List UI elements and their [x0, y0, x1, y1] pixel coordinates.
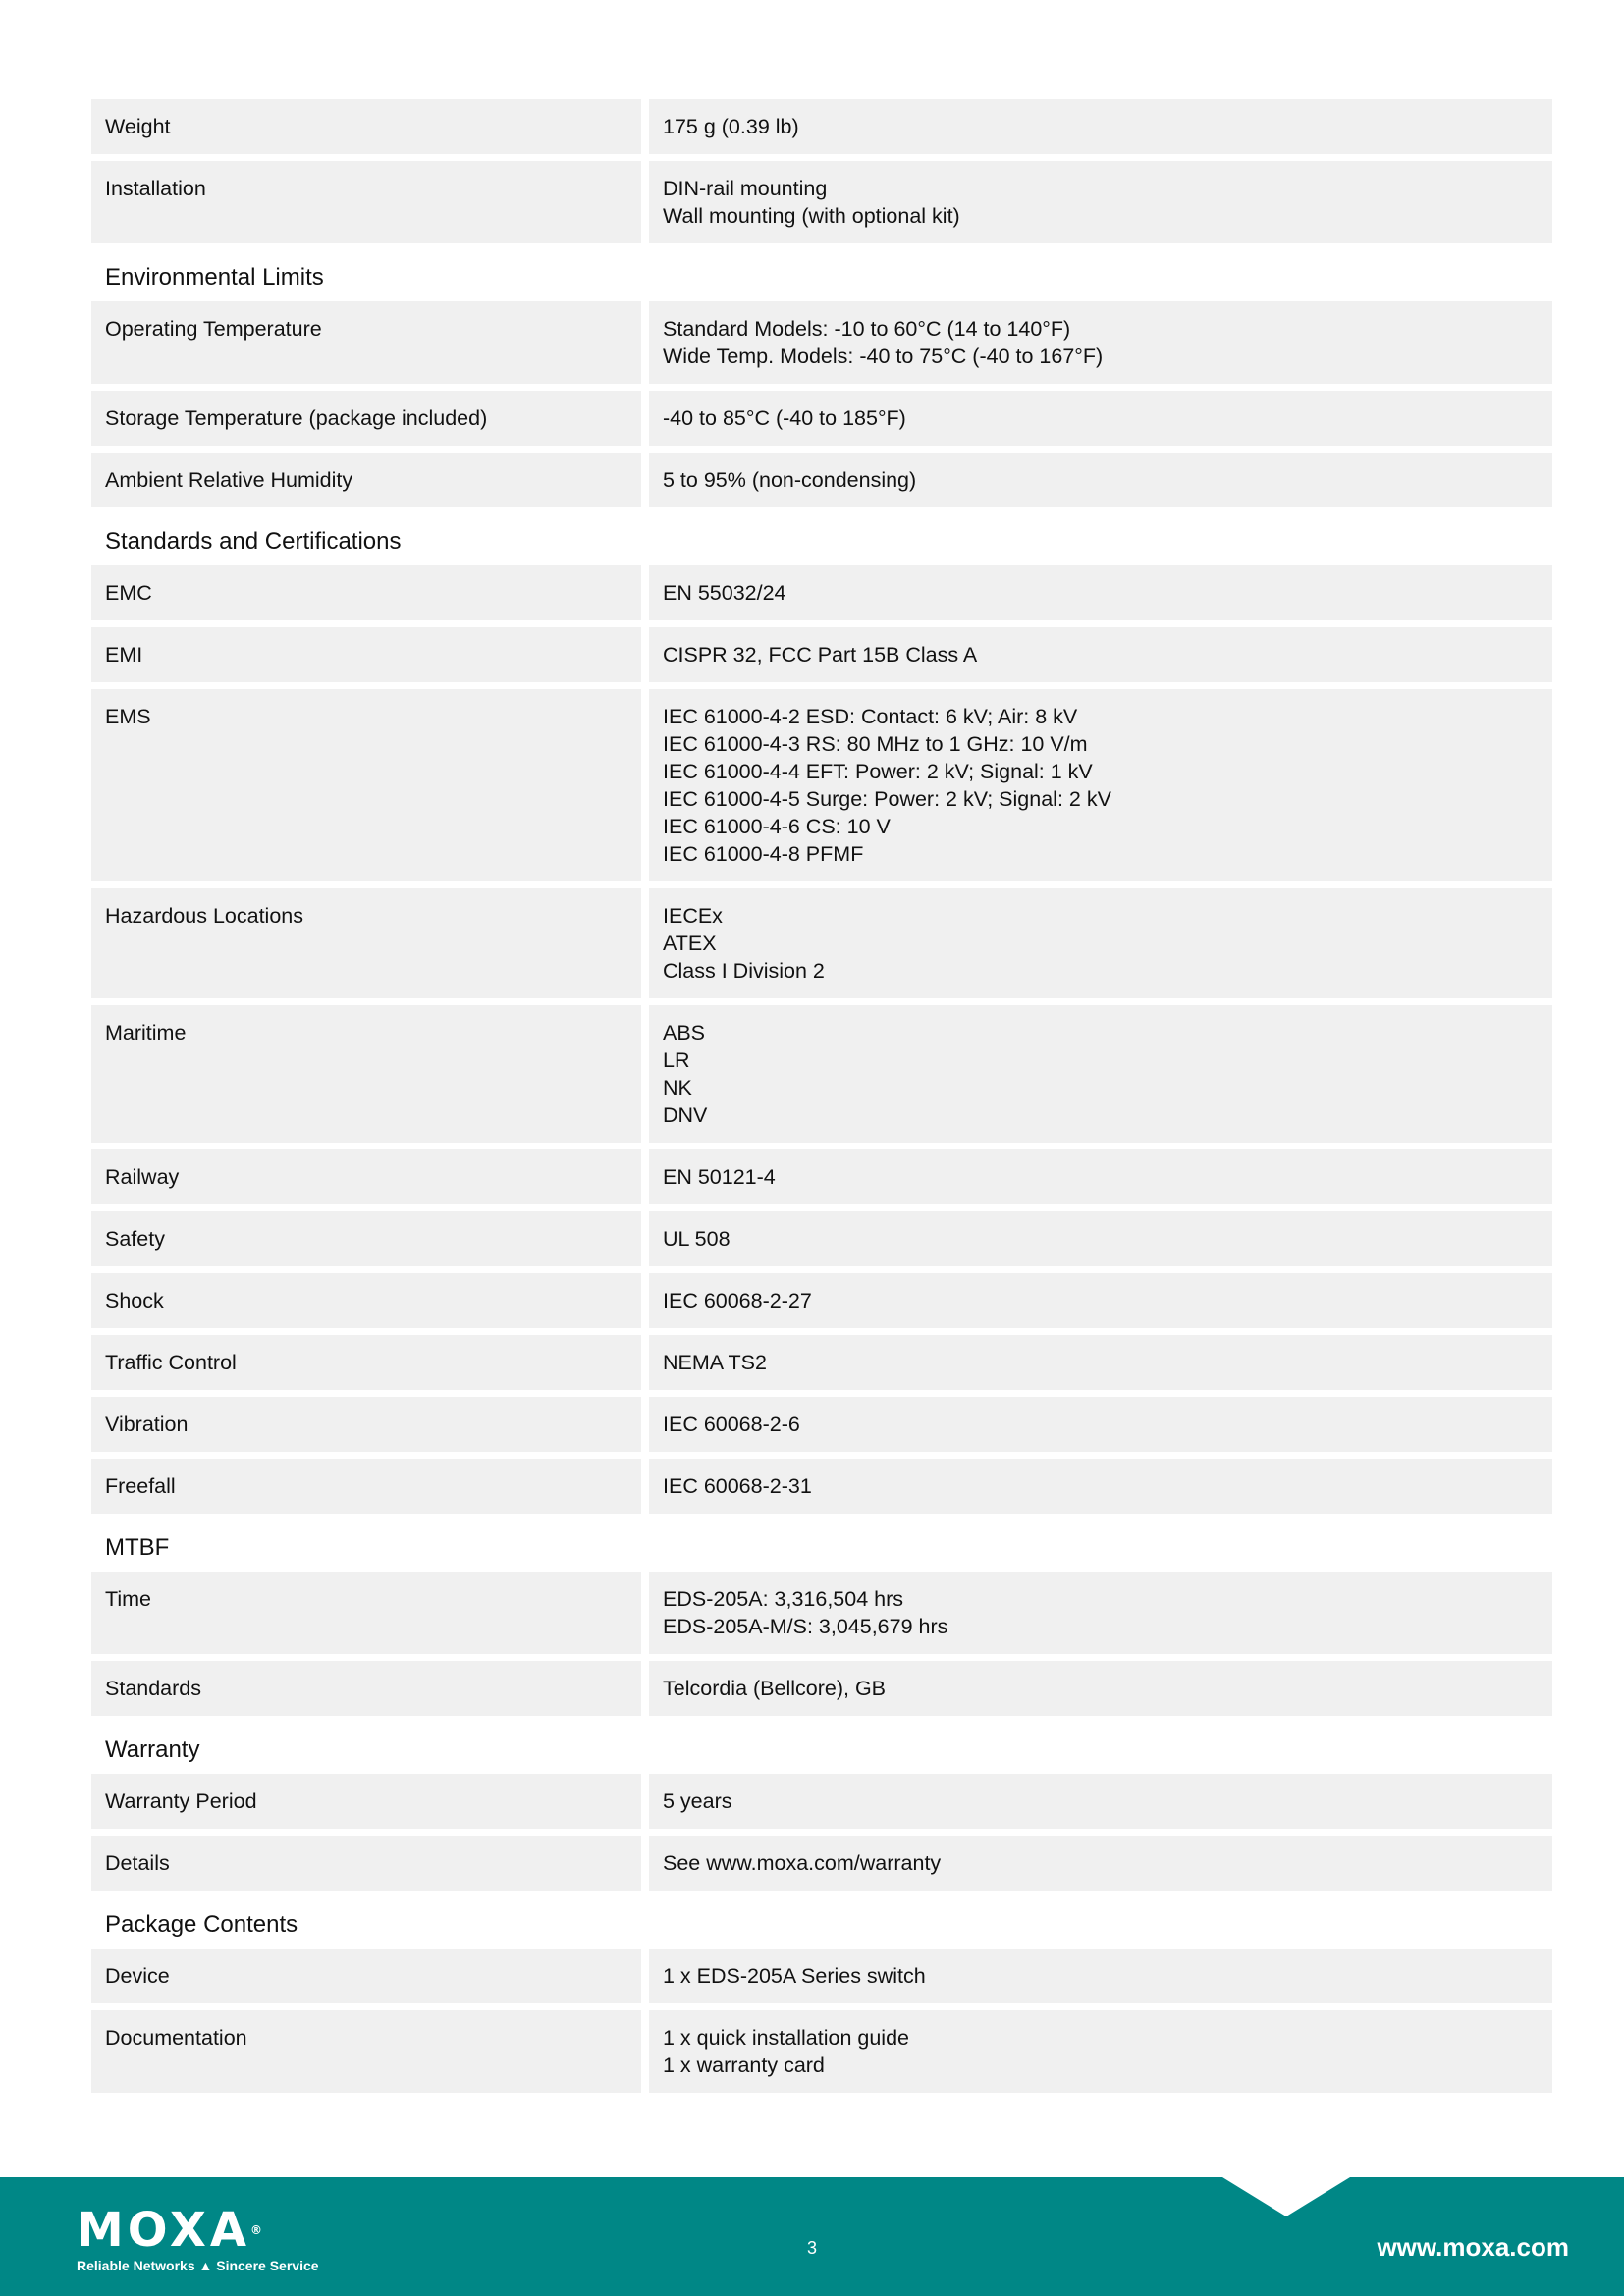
spec-value: UL 508 — [649, 1211, 1552, 1266]
spec-value-line: NK — [663, 1074, 1539, 1101]
spec-value: 1 x quick installation guide1 x warranty… — [649, 2010, 1552, 2093]
spec-row: EMSIEC 61000-4-2 ESD: Contact: 6 kV; Air… — [91, 689, 1552, 881]
spec-row: Documentation1 x quick installation guid… — [91, 2010, 1552, 2093]
spec-row: DetailsSee www.moxa.com/warranty — [91, 1836, 1552, 1891]
spec-value-line: LR — [663, 1046, 1539, 1074]
spec-label: Railway — [91, 1149, 641, 1204]
spec-value: -40 to 85°C (-40 to 185°F) — [649, 391, 1552, 446]
spec-label: Details — [91, 1836, 641, 1891]
spec-value-line: Wall mounting (with optional kit) — [663, 202, 1539, 230]
spec-value-line: Wide Temp. Models: -40 to 75°C (-40 to 1… — [663, 343, 1539, 370]
spec-row: FreefallIEC 60068-2-31 — [91, 1459, 1552, 1514]
spec-row: StandardsTelcordia (Bellcore), GB — [91, 1661, 1552, 1716]
spec-row: RailwayEN 50121-4 — [91, 1149, 1552, 1204]
spec-row: SafetyUL 508 — [91, 1211, 1552, 1266]
spec-row: EMCEN 55032/24 — [91, 565, 1552, 620]
spec-value-line: IECEx — [663, 902, 1539, 930]
spec-value-line: EN 50121-4 — [663, 1163, 1539, 1191]
spec-value: EN 50121-4 — [649, 1149, 1552, 1204]
spec-value-line: EDS-205A: 3,316,504 hrs — [663, 1585, 1539, 1613]
spec-value-line: 175 g (0.39 lb) — [663, 113, 1539, 140]
spec-label: Storage Temperature (package included) — [91, 391, 641, 446]
spec-value-line: ABS — [663, 1019, 1539, 1046]
spec-row: Weight175 g (0.39 lb) — [91, 99, 1552, 154]
spec-value-line: 1 x EDS-205A Series switch — [663, 1962, 1539, 1990]
spec-value: IEC 60068-2-27 — [649, 1273, 1552, 1328]
spec-value: See www.moxa.com/warranty — [649, 1836, 1552, 1891]
spec-value-line: UL 508 — [663, 1225, 1539, 1253]
logo-wordmark: MOXA® — [77, 2209, 319, 2252]
page-number: 3 — [807, 2238, 817, 2259]
spec-value-line: ATEX — [663, 930, 1539, 957]
spec-value: ABSLRNKDNV — [649, 1005, 1552, 1143]
spec-value: IECExATEXClass I Division 2 — [649, 888, 1552, 998]
spec-label: Documentation — [91, 2010, 641, 2093]
spec-label: Device — [91, 1949, 641, 2003]
spec-value: 5 years — [649, 1774, 1552, 1829]
spec-row: Warranty Period5 years — [91, 1774, 1552, 1829]
spec-row: InstallationDIN-rail mountingWall mounti… — [91, 161, 1552, 243]
spec-value: 5 to 95% (non-condensing) — [649, 453, 1552, 507]
section-title: MTBF — [91, 1521, 1552, 1572]
spec-label: Operating Temperature — [91, 301, 641, 384]
spec-value-line: NEMA TS2 — [663, 1349, 1539, 1376]
spec-value: IEC 60068-2-31 — [649, 1459, 1552, 1514]
section-title: Warranty — [91, 1723, 1552, 1774]
website-link[interactable]: www.moxa.com — [1377, 2232, 1569, 2263]
spec-label: Weight — [91, 99, 641, 154]
spec-row: EMICISPR 32, FCC Part 15B Class A — [91, 627, 1552, 682]
spec-row: ShockIEC 60068-2-27 — [91, 1273, 1552, 1328]
spec-value: EN 55032/24 — [649, 565, 1552, 620]
spec-value-line: 5 years — [663, 1788, 1539, 1815]
spec-label: Hazardous Locations — [91, 888, 641, 998]
logo-tagline: Reliable Networks ▲ Sincere Service — [77, 2258, 319, 2273]
footer-notch-decoration — [1222, 2177, 1350, 2216]
spec-row: Hazardous LocationsIECExATEXClass I Divi… — [91, 888, 1552, 998]
spec-label: Vibration — [91, 1397, 641, 1452]
spec-label: EMI — [91, 627, 641, 682]
spec-value-line: See www.moxa.com/warranty — [663, 1849, 1539, 1877]
spec-value-line: -40 to 85°C (-40 to 185°F) — [663, 404, 1539, 432]
spec-label: Ambient Relative Humidity — [91, 453, 641, 507]
section-title: Environmental Limits — [91, 250, 1552, 301]
spec-value: IEC 60068-2-6 — [649, 1397, 1552, 1452]
spec-value-line: 1 x quick installation guide — [663, 2024, 1539, 2052]
spec-value: CISPR 32, FCC Part 15B Class A — [649, 627, 1552, 682]
spec-value: EDS-205A: 3,316,504 hrsEDS-205A-M/S: 3,0… — [649, 1572, 1552, 1654]
spec-row: MaritimeABSLRNKDNV — [91, 1005, 1552, 1143]
spec-row: Traffic ControlNEMA TS2 — [91, 1335, 1552, 1390]
spec-value-line: Standard Models: -10 to 60°C (14 to 140°… — [663, 315, 1539, 343]
spec-value-line: Class I Division 2 — [663, 957, 1539, 985]
spec-table: Weight175 g (0.39 lb)InstallationDIN-rai… — [91, 99, 1552, 2100]
spec-value-line: IEC 60068-2-31 — [663, 1472, 1539, 1500]
spec-value-line: 1 x warranty card — [663, 2052, 1539, 2079]
spec-value-line: IEC 61000-4-5 Surge: Power: 2 kV; Signal… — [663, 785, 1539, 813]
spec-row: Operating TemperatureStandard Models: -1… — [91, 301, 1552, 384]
spec-label: Freefall — [91, 1459, 641, 1514]
spec-value-line: IEC 61000-4-8 PFMF — [663, 840, 1539, 868]
spec-value-line: DIN-rail mounting — [663, 175, 1539, 202]
spec-value: Telcordia (Bellcore), GB — [649, 1661, 1552, 1716]
spec-value-line: IEC 61000-4-2 ESD: Contact: 6 kV; Air: 8… — [663, 703, 1539, 730]
spec-value-line: IEC 61000-4-6 CS: 10 V — [663, 813, 1539, 840]
spec-row: Storage Temperature (package included)-4… — [91, 391, 1552, 446]
spec-value-line: IEC 61000-4-3 RS: 80 MHz to 1 GHz: 10 V/… — [663, 730, 1539, 758]
spec-value: NEMA TS2 — [649, 1335, 1552, 1390]
spec-label: EMC — [91, 565, 641, 620]
spec-label: Installation — [91, 161, 641, 243]
spec-value: DIN-rail mountingWall mounting (with opt… — [649, 161, 1552, 243]
spec-value-line: 5 to 95% (non-condensing) — [663, 466, 1539, 494]
spec-label: Time — [91, 1572, 641, 1654]
spec-label: Traffic Control — [91, 1335, 641, 1390]
spec-value: Standard Models: -10 to 60°C (14 to 140°… — [649, 301, 1552, 384]
spec-label: Shock — [91, 1273, 641, 1328]
moxa-logo: MOXA® Reliable Networks ▲ Sincere Servic… — [77, 2209, 319, 2273]
section-title: Package Contents — [91, 1897, 1552, 1949]
spec-label: Warranty Period — [91, 1774, 641, 1829]
section-title: Standards and Certifications — [91, 514, 1552, 565]
spec-label: Standards — [91, 1661, 641, 1716]
spec-value-line: IEC 60068-2-27 — [663, 1287, 1539, 1314]
spec-value-line: EDS-205A-M/S: 3,045,679 hrs — [663, 1613, 1539, 1640]
spec-value: 175 g (0.39 lb) — [649, 99, 1552, 154]
spec-value-line: IEC 61000-4-4 EFT: Power: 2 kV; Signal: … — [663, 758, 1539, 785]
page-footer: MOXA® Reliable Networks ▲ Sincere Servic… — [0, 2177, 1624, 2296]
spec-value: IEC 61000-4-2 ESD: Contact: 6 kV; Air: 8… — [649, 689, 1552, 881]
spec-value-line: EN 55032/24 — [663, 579, 1539, 607]
spec-row: Ambient Relative Humidity5 to 95% (non-c… — [91, 453, 1552, 507]
spec-value-line: IEC 60068-2-6 — [663, 1411, 1539, 1438]
spec-row: Device1 x EDS-205A Series switch — [91, 1949, 1552, 2003]
spec-value-line: Telcordia (Bellcore), GB — [663, 1675, 1539, 1702]
spec-value-line: DNV — [663, 1101, 1539, 1129]
spec-value-line: CISPR 32, FCC Part 15B Class A — [663, 641, 1539, 668]
spec-label: Maritime — [91, 1005, 641, 1143]
spec-label: Safety — [91, 1211, 641, 1266]
spec-value: 1 x EDS-205A Series switch — [649, 1949, 1552, 2003]
spec-row: TimeEDS-205A: 3,316,504 hrsEDS-205A-M/S:… — [91, 1572, 1552, 1654]
spec-label: EMS — [91, 689, 641, 881]
spec-row: VibrationIEC 60068-2-6 — [91, 1397, 1552, 1452]
